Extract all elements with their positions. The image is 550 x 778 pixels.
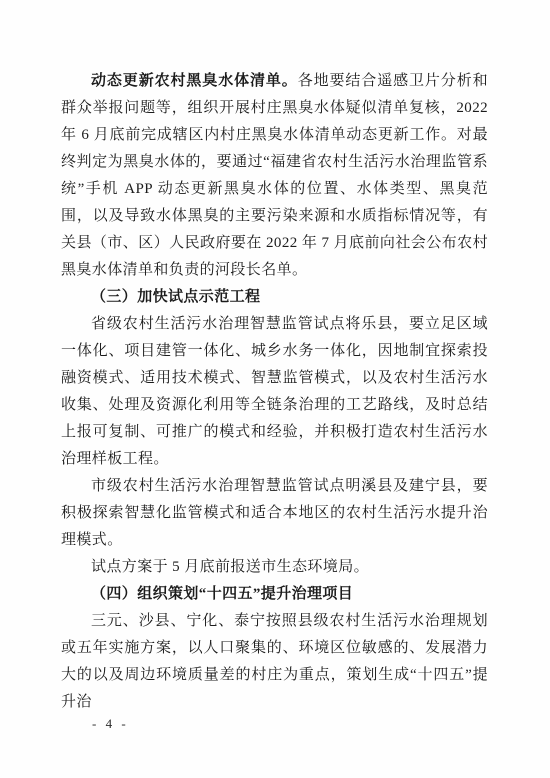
run-in-heading: 动态更新农村黑臭水体清单。 (91, 73, 298, 89)
section-heading-4: （四）组织策划“十四五”提升治理项目 (61, 581, 488, 608)
paragraph-provincial-pilot: 省级农村生活污水治理智慧监管试点将乐县，要立足区域一体化、项目建管一体化、城乡水… (61, 311, 488, 473)
paragraph-municipal-pilot: 市级农村生活污水治理智慧监管试点明溪县及建宁县，要积极探索智慧化监管模式和适合本… (61, 473, 488, 554)
paragraph-text: 各地要结合遥感卫片分析和群众举报问题等，组织开展村庄黑臭水体疑似清单复核，202… (61, 73, 488, 278)
paragraph-pilot-plan-deadline: 试点方案于 5 月底前报送市生态环境局。 (61, 554, 488, 581)
paragraph-14th-fiveyear-projects: 三元、沙县、宁化、泰宁按照县级农村生活污水治理规划或五年实施方案，以人口聚集的、… (61, 608, 488, 716)
section-heading-3: （三）加快试点示范工程 (61, 284, 488, 311)
paragraph-dynamic-update-blackwater: 动态更新农村黑臭水体清单。各地要结合遥感卫片分析和群众举报问题等，组织开展村庄黑… (61, 68, 488, 284)
document-body: 动态更新农村黑臭水体清单。各地要结合遥感卫片分析和群众举报问题等，组织开展村庄黑… (61, 68, 488, 716)
page-number: - 4 - (92, 714, 129, 734)
document-page: 动态更新农村黑臭水体清单。各地要结合遥感卫片分析和群众举报问题等，组织开展村庄黑… (0, 0, 550, 778)
